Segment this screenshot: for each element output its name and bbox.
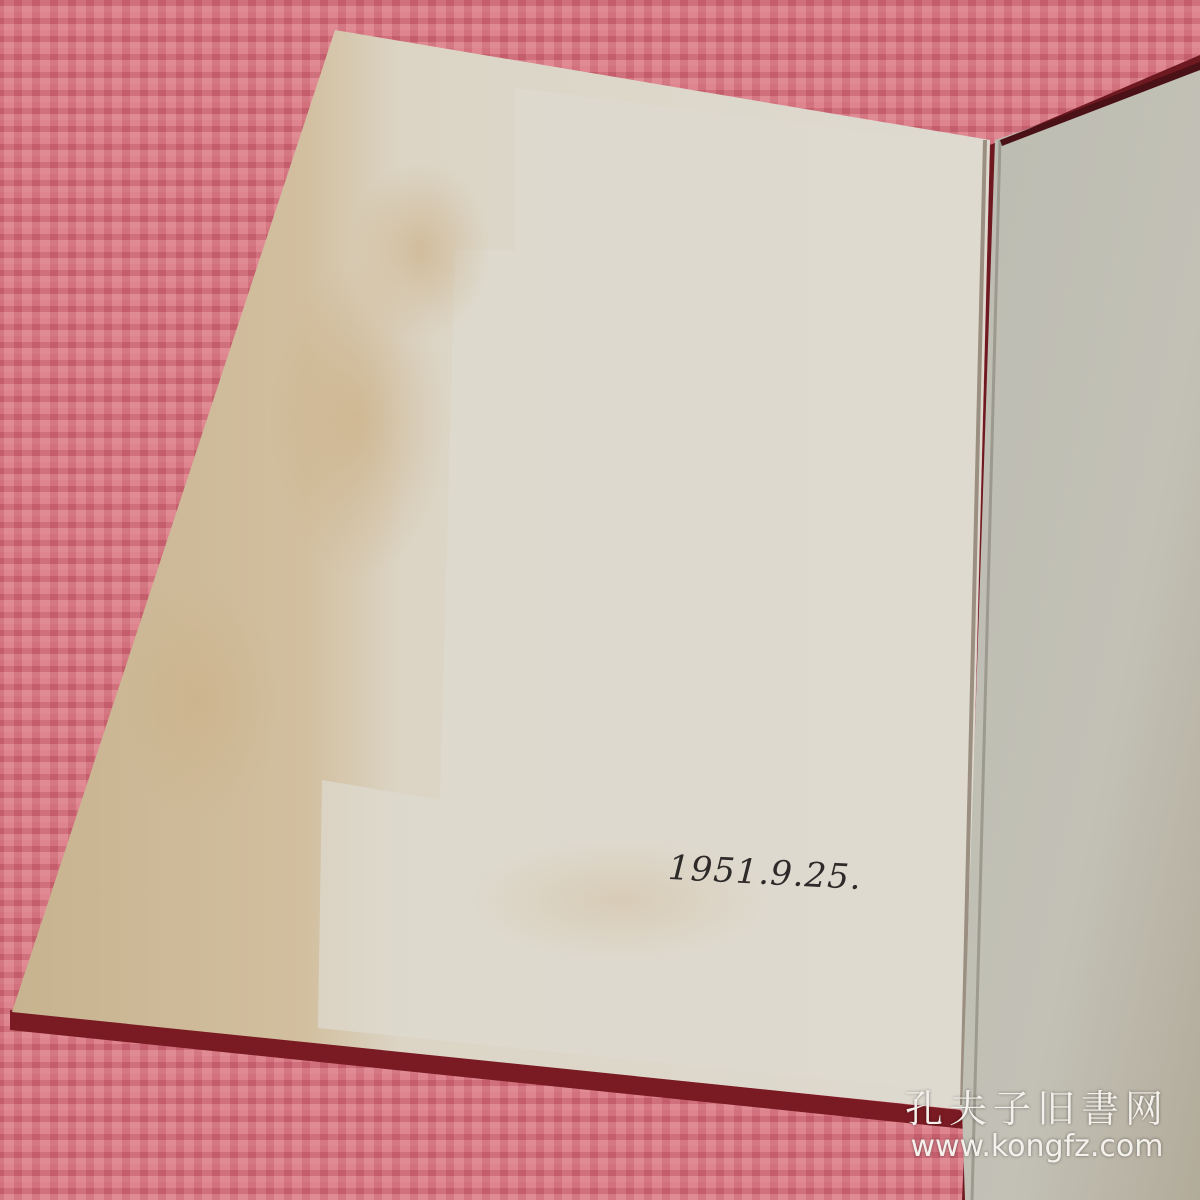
book-cover-svg [0, 0, 1200, 1200]
watermark-url: www.kongfz.com [905, 1130, 1169, 1164]
watermark-chinese: 孔夫子旧書网 [905, 1088, 1169, 1130]
watermark: 孔夫子旧書网 www.kongfz.com [905, 1088, 1169, 1164]
photo-scene: 1951.9.25. 孔夫子旧書网 www.kongfz.com [0, 0, 1200, 1200]
